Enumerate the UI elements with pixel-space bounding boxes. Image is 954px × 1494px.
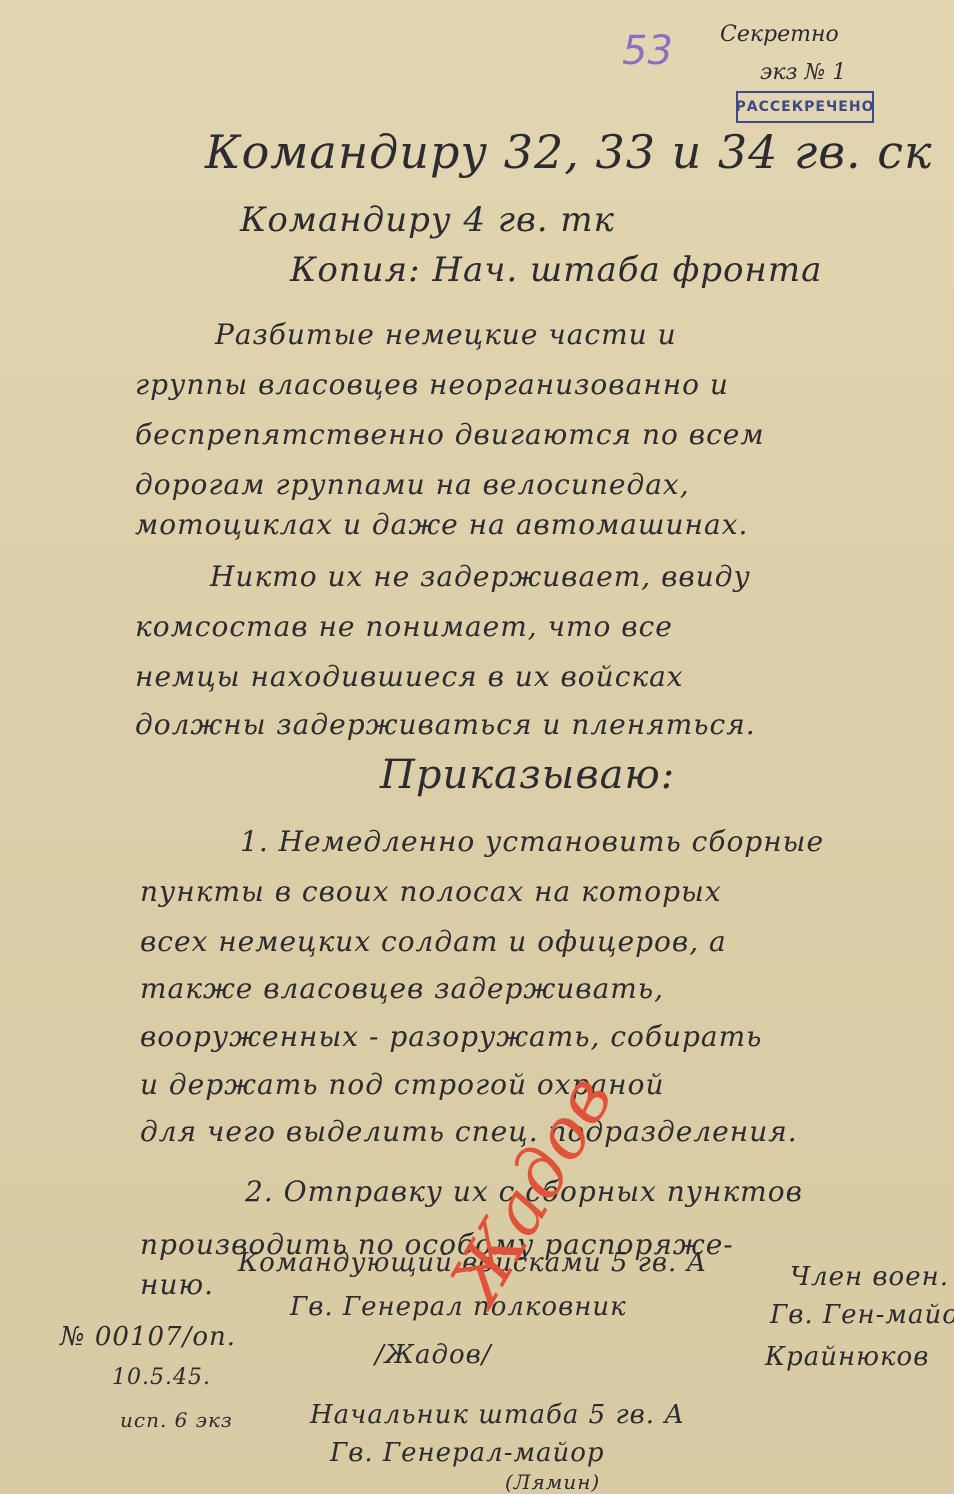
body-line: дорогам группами на велосипедах,	[135, 468, 690, 501]
addressee-line: Командиру 32, 33 и 34 гв. ск	[205, 125, 933, 179]
document-date: 10.5.45.	[112, 1365, 211, 1390]
order-line: для чего выделить спец. подразделения.	[140, 1115, 798, 1148]
order-line: также власовцев задерживать,	[140, 972, 664, 1005]
council-rank: Гв. Ген-майор	[770, 1300, 954, 1330]
page-number: 53	[622, 28, 673, 74]
body-line: группы власовцев неорганизованно и	[135, 368, 729, 401]
body-line: должны задерживаться и пленяться.	[135, 708, 756, 741]
order-line: пункты в своих полосах на которых	[140, 875, 722, 908]
classification-note: Секретно	[720, 22, 839, 47]
body-line: Разбитые немецкие части и	[215, 318, 677, 351]
order-heading: Приказываю:	[380, 752, 675, 798]
order-line: 1. Немедленно установить сборные	[240, 825, 824, 858]
commander-rank: Гв. Генерал полковник	[290, 1292, 627, 1322]
copies-note: исп. 6 экз	[120, 1408, 233, 1432]
commander-name: /Жадов/	[375, 1340, 492, 1370]
body-line: беспрепятственно двигаются по всем	[135, 418, 765, 451]
body-line: немцы находившиеся в их войсках	[135, 660, 684, 693]
body-line: комсостав не понимает, что все	[135, 610, 673, 643]
council-title: Член воен. совета	[790, 1262, 954, 1292]
addressee-line: Копия: Нач. штаба фронта	[290, 250, 822, 290]
order-line: всех немецких солдат и офицеров, а	[140, 925, 727, 958]
document-number: № 00107/оп.	[60, 1322, 236, 1352]
document-page: 53 Секретно экз № 1 РАССЕКРЕЧЕНО Команди…	[0, 0, 954, 1494]
addressee-line: Командиру 4 гв. тк	[240, 200, 615, 240]
copy-number: экз № 1	[760, 60, 846, 85]
declassified-stamp: РАССЕКРЕЧЕНО	[736, 91, 874, 123]
chief-title: Начальник штаба 5 гв. А	[310, 1400, 685, 1430]
chief-rank: Гв. Генерал-майор	[330, 1438, 605, 1468]
order-line: вооруженных - разоружать, собирать	[140, 1020, 762, 1053]
body-line: мотоциклах и даже на автомашинах.	[135, 508, 748, 541]
chief-name: (Лямин)	[505, 1470, 600, 1494]
council-name: Крайнюков	[765, 1342, 929, 1372]
body-line: Никто их не задерживает, ввиду	[210, 560, 751, 593]
order-line: нию.	[140, 1268, 214, 1301]
